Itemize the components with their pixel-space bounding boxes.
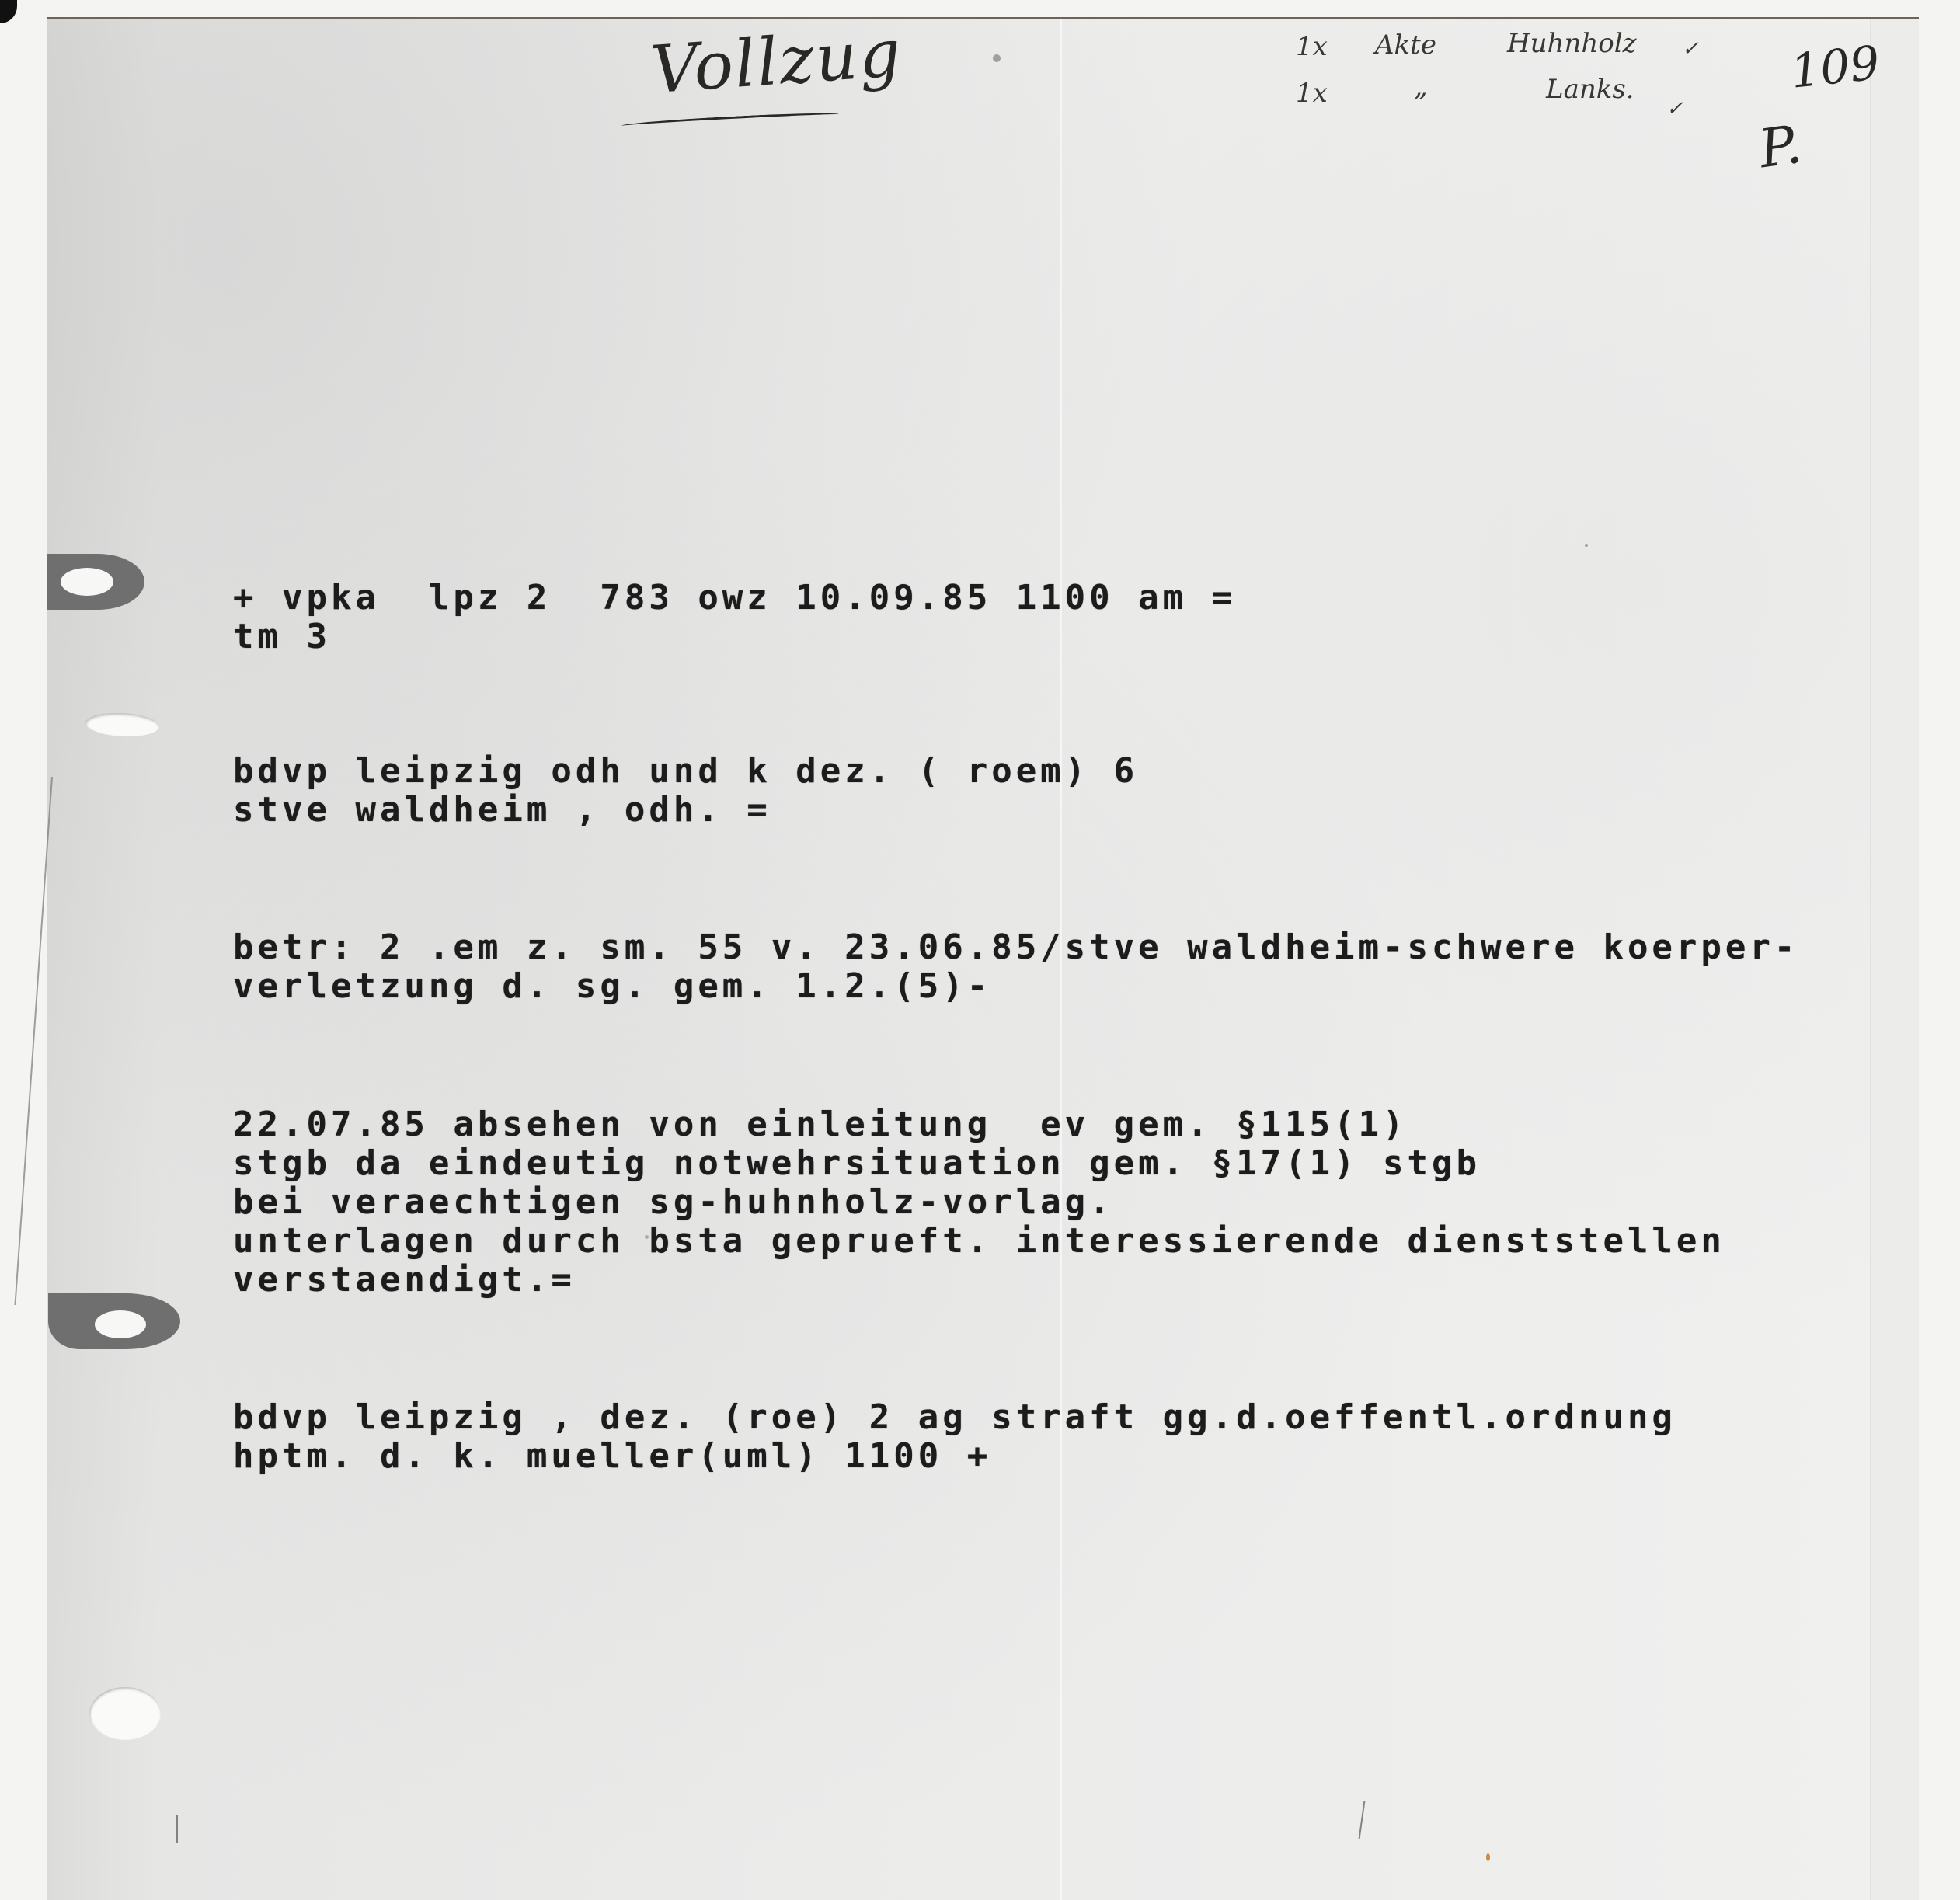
binder-ring-bottom [48, 1293, 180, 1349]
telex-line: verletzung d. sg. gem. 1.2.(5)- [233, 967, 1798, 1006]
telex-line: bdvp leipzig , dez. (roe) 2 ag straft gg… [233, 1398, 1798, 1437]
telex-body: + vpka lpz 2 783 owz 10.09.85 1100 am = … [233, 579, 1798, 1476]
handwritten-note-item: Akte [1375, 30, 1436, 61]
copy-speck [1585, 544, 1588, 547]
check-mark-icon: ✓ [1682, 37, 1699, 61]
telex-sender: bdvp leipzig , dez. (roe) 2 ag straft gg… [233, 1398, 1798, 1476]
telex-line: verstaendigt.= [233, 1261, 1798, 1300]
telex-line: hptm. d. k. mueller(uml) 1100 + [233, 1437, 1798, 1476]
punch-hole-icon [89, 1687, 161, 1740]
handwritten-note-name: Huhnholz [1507, 28, 1637, 59]
binder-hole-icon [95, 1310, 146, 1338]
telex-line: tm 3 [233, 618, 1798, 656]
sheet-right-margin [1870, 19, 1919, 1900]
telex-line: 22.07.85 absehen von einleitung ev gem. … [233, 1105, 1798, 1144]
binder-hole-icon [61, 568, 113, 596]
telex-line: + vpka lpz 2 783 owz 10.09.85 1100 am = [233, 579, 1798, 618]
copy-speck [1486, 1853, 1490, 1861]
handwritten-note-qty: 1x [1296, 78, 1328, 109]
page-number: 109 [1788, 36, 1882, 99]
telex-recipient: bdvp leipzig odh und k dez. ( roem) 6 st… [233, 752, 1798, 830]
copy-speck [993, 54, 1001, 62]
telex-line: stgb da eindeutig notwehrsituation gem. … [233, 1144, 1798, 1183]
copy-speck [645, 1235, 649, 1239]
binder-ring-top [47, 554, 144, 610]
handwritten-initial: P. [1756, 114, 1805, 181]
telex-line: unterlagen durch bsta geprueft. interess… [233, 1222, 1798, 1261]
telex-line: bei veraechtigen sg-huhnholz-vorlag. [233, 1183, 1798, 1222]
handwritten-note-item: „ [1414, 71, 1428, 103]
telex-decision: 22.07.85 absehen von einleitung ev gem. … [233, 1105, 1798, 1300]
telex-subject: betr: 2 .em z. sm. 55 v. 23.06.85/stve w… [233, 928, 1798, 1006]
handwritten-note-name: Lanks. [1546, 74, 1634, 105]
handwritten-note-qty: 1x [1296, 31, 1328, 62]
telex-header: + vpka lpz 2 783 owz 10.09.85 1100 am = … [233, 579, 1798, 656]
check-mark-icon: ✓ [1666, 97, 1683, 120]
copy-scratch [176, 1815, 178, 1843]
telex-line: betr: 2 .em z. sm. 55 v. 23.06.85/stve w… [233, 928, 1798, 967]
telex-line: bdvp leipzig odh und k dez. ( roem) 6 [233, 752, 1798, 791]
telex-line: stve waldheim , odh. = [233, 791, 1798, 830]
